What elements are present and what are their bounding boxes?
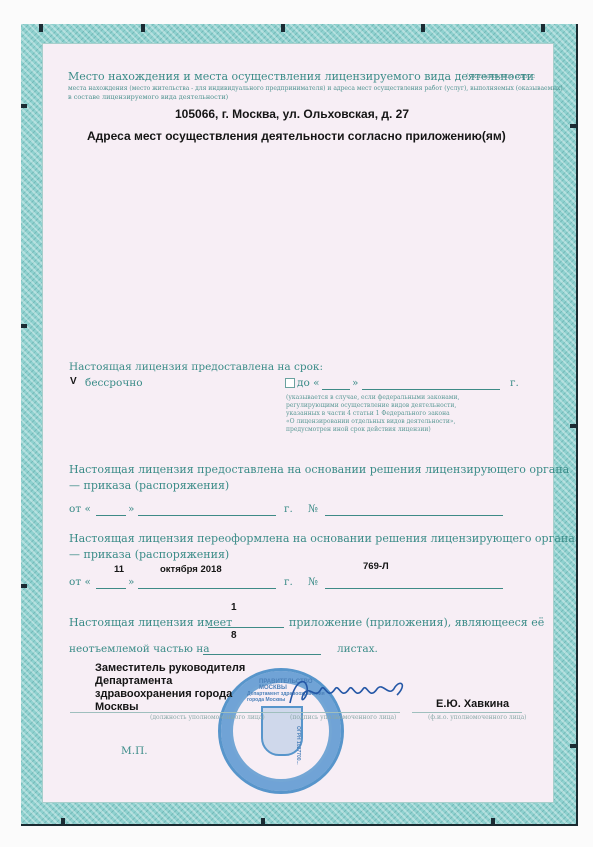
reissued-from: от « bbox=[69, 576, 91, 588]
name-line bbox=[412, 712, 522, 713]
indefinite-checkmark[interactable]: V bbox=[70, 376, 77, 387]
appendix-count: 1 bbox=[231, 602, 237, 613]
granted-no: № bbox=[308, 503, 318, 515]
reissued-basis-line1: Настоящая лицензия переоформлена на осно… bbox=[69, 532, 575, 545]
term-note: (указывается в случае, если федеральными… bbox=[286, 394, 459, 434]
addresses-appendix: Адреса мест осуществления деятельности с… bbox=[87, 129, 506, 143]
appendix-text-2: приложение (приложения), являющееся её bbox=[289, 616, 544, 629]
location-note-1: (указываются адрес bbox=[466, 72, 535, 81]
reissued-mid: » bbox=[128, 576, 134, 588]
address: 105066, г. Москва, ул. Ольховская, д. 27 bbox=[175, 107, 409, 121]
term-until-suffix: г. bbox=[510, 377, 519, 389]
sheets-text-2: листах. bbox=[337, 643, 378, 655]
reissued-day: 11 bbox=[114, 564, 124, 575]
granted-mid: » bbox=[128, 503, 134, 515]
reissued-day-field[interactable] bbox=[96, 588, 126, 589]
term-until-checkbox[interactable] bbox=[285, 378, 295, 388]
sheets-count: 8 bbox=[231, 630, 237, 641]
granted-basis-line2: — приказа (распоряжения) bbox=[69, 479, 229, 492]
sheets-count-field[interactable] bbox=[203, 654, 321, 655]
signer-title: Заместитель руководителя Департамента зд… bbox=[95, 662, 245, 714]
reissued-no: № bbox=[308, 576, 318, 588]
term-date-field[interactable] bbox=[362, 389, 500, 390]
caption-signature: (подпись уполномоченного лица) bbox=[290, 714, 396, 722]
granted-basis-line1: Настоящая лицензия предоставлена на осно… bbox=[69, 463, 569, 476]
term-heading: Настоящая лицензия предоставлена на срок… bbox=[69, 361, 323, 373]
location-heading: Место нахождения и места осуществления л… bbox=[68, 70, 534, 83]
signature-line bbox=[262, 712, 400, 713]
sheets-text-1: неотъемлемой частью на bbox=[69, 643, 209, 655]
granted-day-field[interactable] bbox=[96, 515, 126, 516]
signer-name: Е.Ю. Хавкина bbox=[436, 698, 509, 710]
granted-from: от « bbox=[69, 503, 91, 515]
term-day-field[interactable] bbox=[322, 389, 350, 390]
seal-place: М.П. bbox=[121, 745, 148, 757]
location-note-3: в составе лицензируемого вида деятельнос… bbox=[68, 93, 228, 102]
signature bbox=[285, 675, 415, 710]
term-until-mid: » bbox=[352, 377, 358, 389]
term-until-prefix: до « bbox=[297, 377, 320, 389]
granted-date-field[interactable] bbox=[138, 515, 276, 516]
location-note-2: места нахождения (место жительства - для… bbox=[68, 84, 563, 93]
reissued-number-field[interactable] bbox=[325, 588, 503, 589]
granted-year: г. bbox=[284, 503, 293, 515]
reissued-number: 769-Л bbox=[363, 561, 389, 572]
appendix-count-field[interactable] bbox=[208, 627, 284, 628]
reissued-year: г. bbox=[284, 576, 293, 588]
reissued-date-field[interactable] bbox=[138, 588, 276, 589]
granted-number-field[interactable] bbox=[325, 515, 503, 516]
caption-position: (должность уполномоченного лица) bbox=[150, 714, 265, 722]
caption-name: (ф.и.о. уполномоченного лица) bbox=[428, 714, 527, 722]
reissued-month-year: октября 2018 bbox=[160, 564, 222, 575]
reissued-basis-line2: — приказа (распоряжения) bbox=[69, 548, 229, 561]
term-indefinite: бессрочно bbox=[85, 377, 143, 389]
